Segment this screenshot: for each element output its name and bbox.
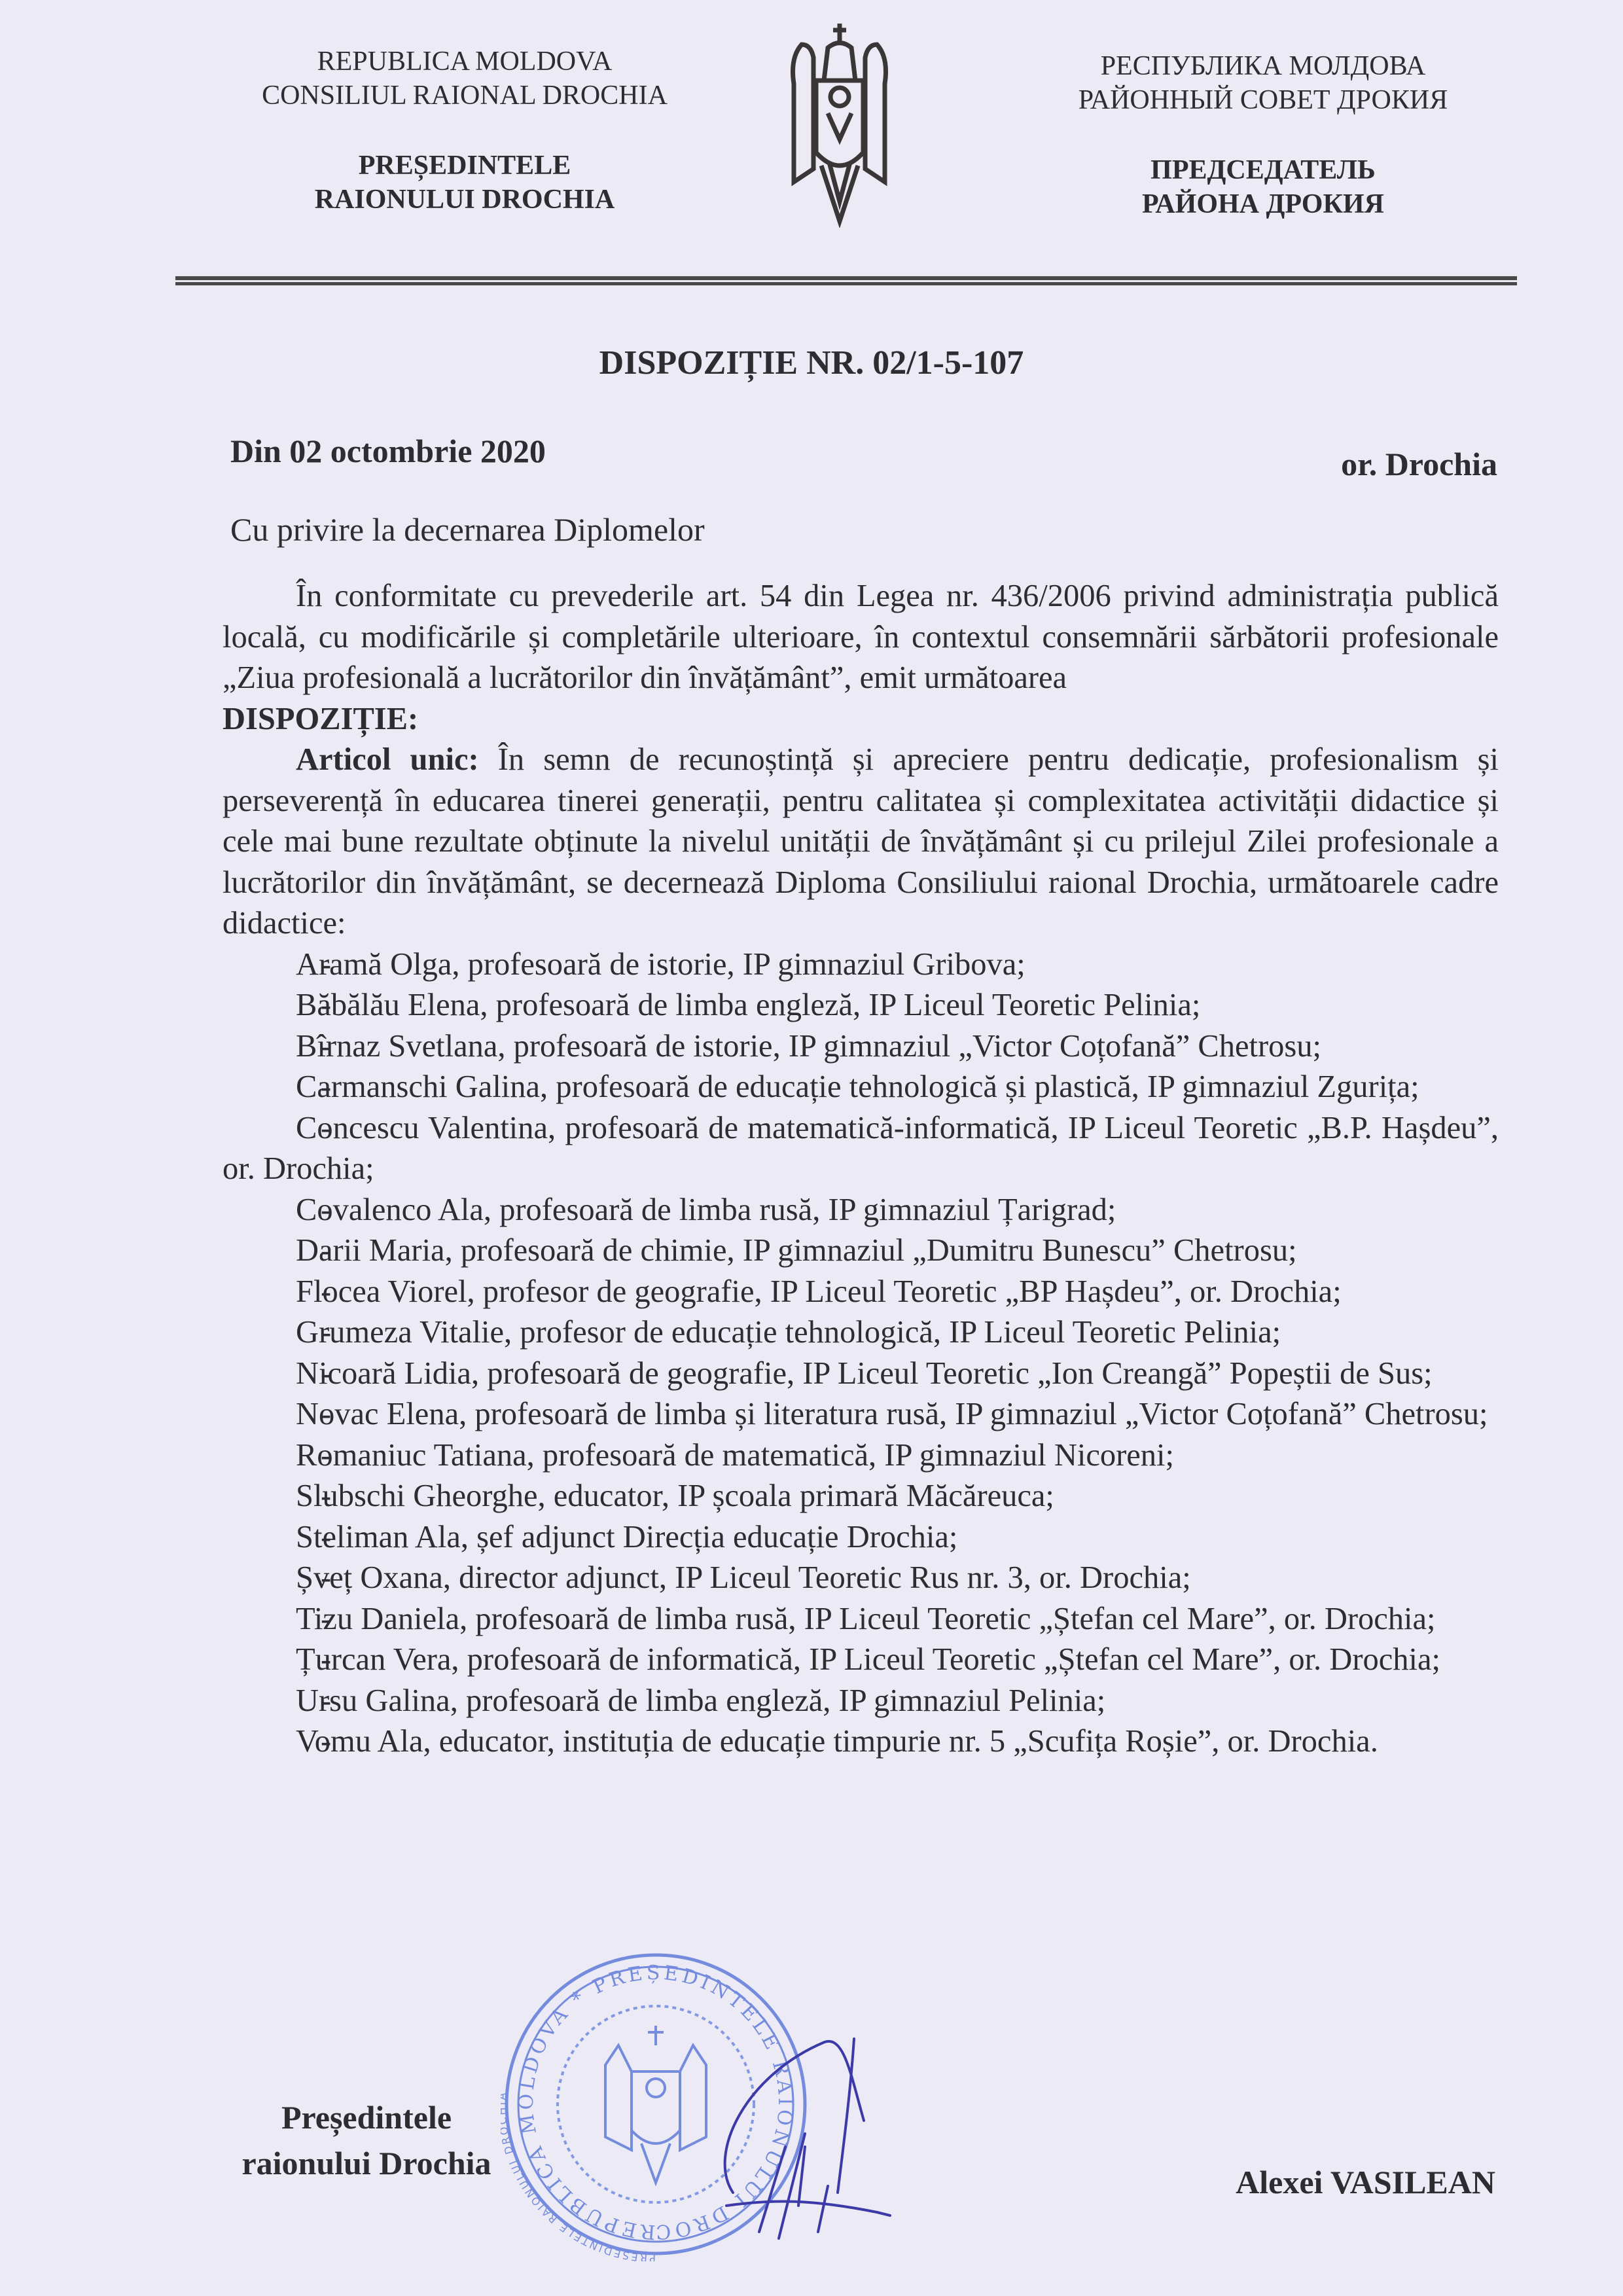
document-subject: Cu privire la decernarea Diplomelor [230,511,705,548]
document-date: Din 02 octombrie 2020 [230,432,546,470]
header-right-russian: РЕСПУБЛИКА МОЛДОВА РАЙОННЫЙ СОВЕТ ДРОКИЯ… [969,49,1558,221]
list-item: -Vomu Ala, educator, instituția de educa… [223,1721,1499,1763]
list-item: -Grumeza Vitalie, profesor de educație t… [223,1312,1499,1354]
header-left-romanian: REPUBLICA MOLDOVA CONSILIUL RAIONAL DROC… [196,45,733,217]
list-item: -Covalenco Ala, profesoară de limba rusă… [223,1190,1499,1231]
list-item: -Țurcan Vera, profesoară de informatică,… [223,1640,1499,1681]
preamble-paragraph: În conformitate cu prevederile art. 54 d… [223,576,1499,699]
signatory-title: Președintele raionului Drochia [216,2094,517,2186]
list-item: -Carmanschi Galina, profesoară de educaț… [223,1067,1499,1108]
list-item: -Novac Elena, profesoară de limba și lit… [223,1394,1499,1435]
header-office-title: PREȘEDINTELE [196,149,733,183]
list-item: -Șveț Oxana, director adjunct, IP Liceul… [223,1558,1499,1599]
list-item: -Aramă Olga, profesoară de istorie, IP g… [223,944,1499,986]
list-item: -Tizu Daniela, profesoară de limba rusă,… [223,1599,1499,1640]
article-label: Articol unic: [296,742,479,777]
header-council-ru: РАЙОННЫЙ СОВЕТ ДРОКИЯ [969,83,1558,117]
coat-of-arms-icon [782,18,897,228]
list-item: -Concescu Valentina, profesoară de matem… [223,1108,1499,1190]
header-country: REPUBLICA MOLDOVA [196,45,733,79]
list-item: -Nicoară Lidia, profesoară de geografie,… [223,1354,1499,1395]
header-council: CONSILIUL RAIONAL DROCHIA [196,79,733,113]
list-item: -Darii Maria, profesoară de chimie, IP g… [223,1230,1499,1272]
list-item: -Romaniuc Tatiana, profesoară de matemat… [223,1435,1499,1477]
header-office-title-ru: ПРЕДСЕДАТЕЛЬ [969,153,1558,187]
header-office-district-ru: РАЙОНА ДРОКИЯ [969,187,1558,221]
signatory-name: Alexei VASILEAN [1236,2163,1495,2201]
list-item: -Steliman Ala, șef adjunct Direcția educ… [223,1517,1499,1558]
list-item: -Ursu Galina, profesoară de limba englez… [223,1681,1499,1722]
signatory-title-line1: Președintele [216,2094,517,2140]
header-office-district: RAIONULUI DROCHIA [196,183,733,217]
document-title: DISPOZIȚIE NR. 02/1-5-107 [0,344,1623,382]
dispozitie-heading: DISPOZIȚIE: [223,699,1499,740]
list-item: -Slubschi Gheorghe, educator, IP școala … [223,1476,1499,1517]
header-divider-bottom [175,282,1517,285]
signatory-title-line2: raionului Drochia [216,2140,517,2186]
document-body: În conformitate cu prevederile art. 54 d… [223,576,1499,1763]
header-divider-top [175,276,1517,280]
article-paragraph: Articol unic: În semn de recunoștință și… [223,740,1499,944]
header-country-ru: РЕСПУБЛИКА МОЛДОВА [969,49,1558,83]
recipients-list: -Aramă Olga, profesoară de istorie, IP g… [223,944,1499,1763]
document-place: or. Drochia [1341,445,1497,483]
list-item: -Băbălău Elena, profesoară de limba engl… [223,985,1499,1026]
list-item: -Flocea Viorel, profesor de geografie, I… [223,1272,1499,1313]
handwritten-signature-icon [707,2036,982,2271]
list-item: -Bîrnaz Svetlana, profesoară de istorie,… [223,1026,1499,1067]
